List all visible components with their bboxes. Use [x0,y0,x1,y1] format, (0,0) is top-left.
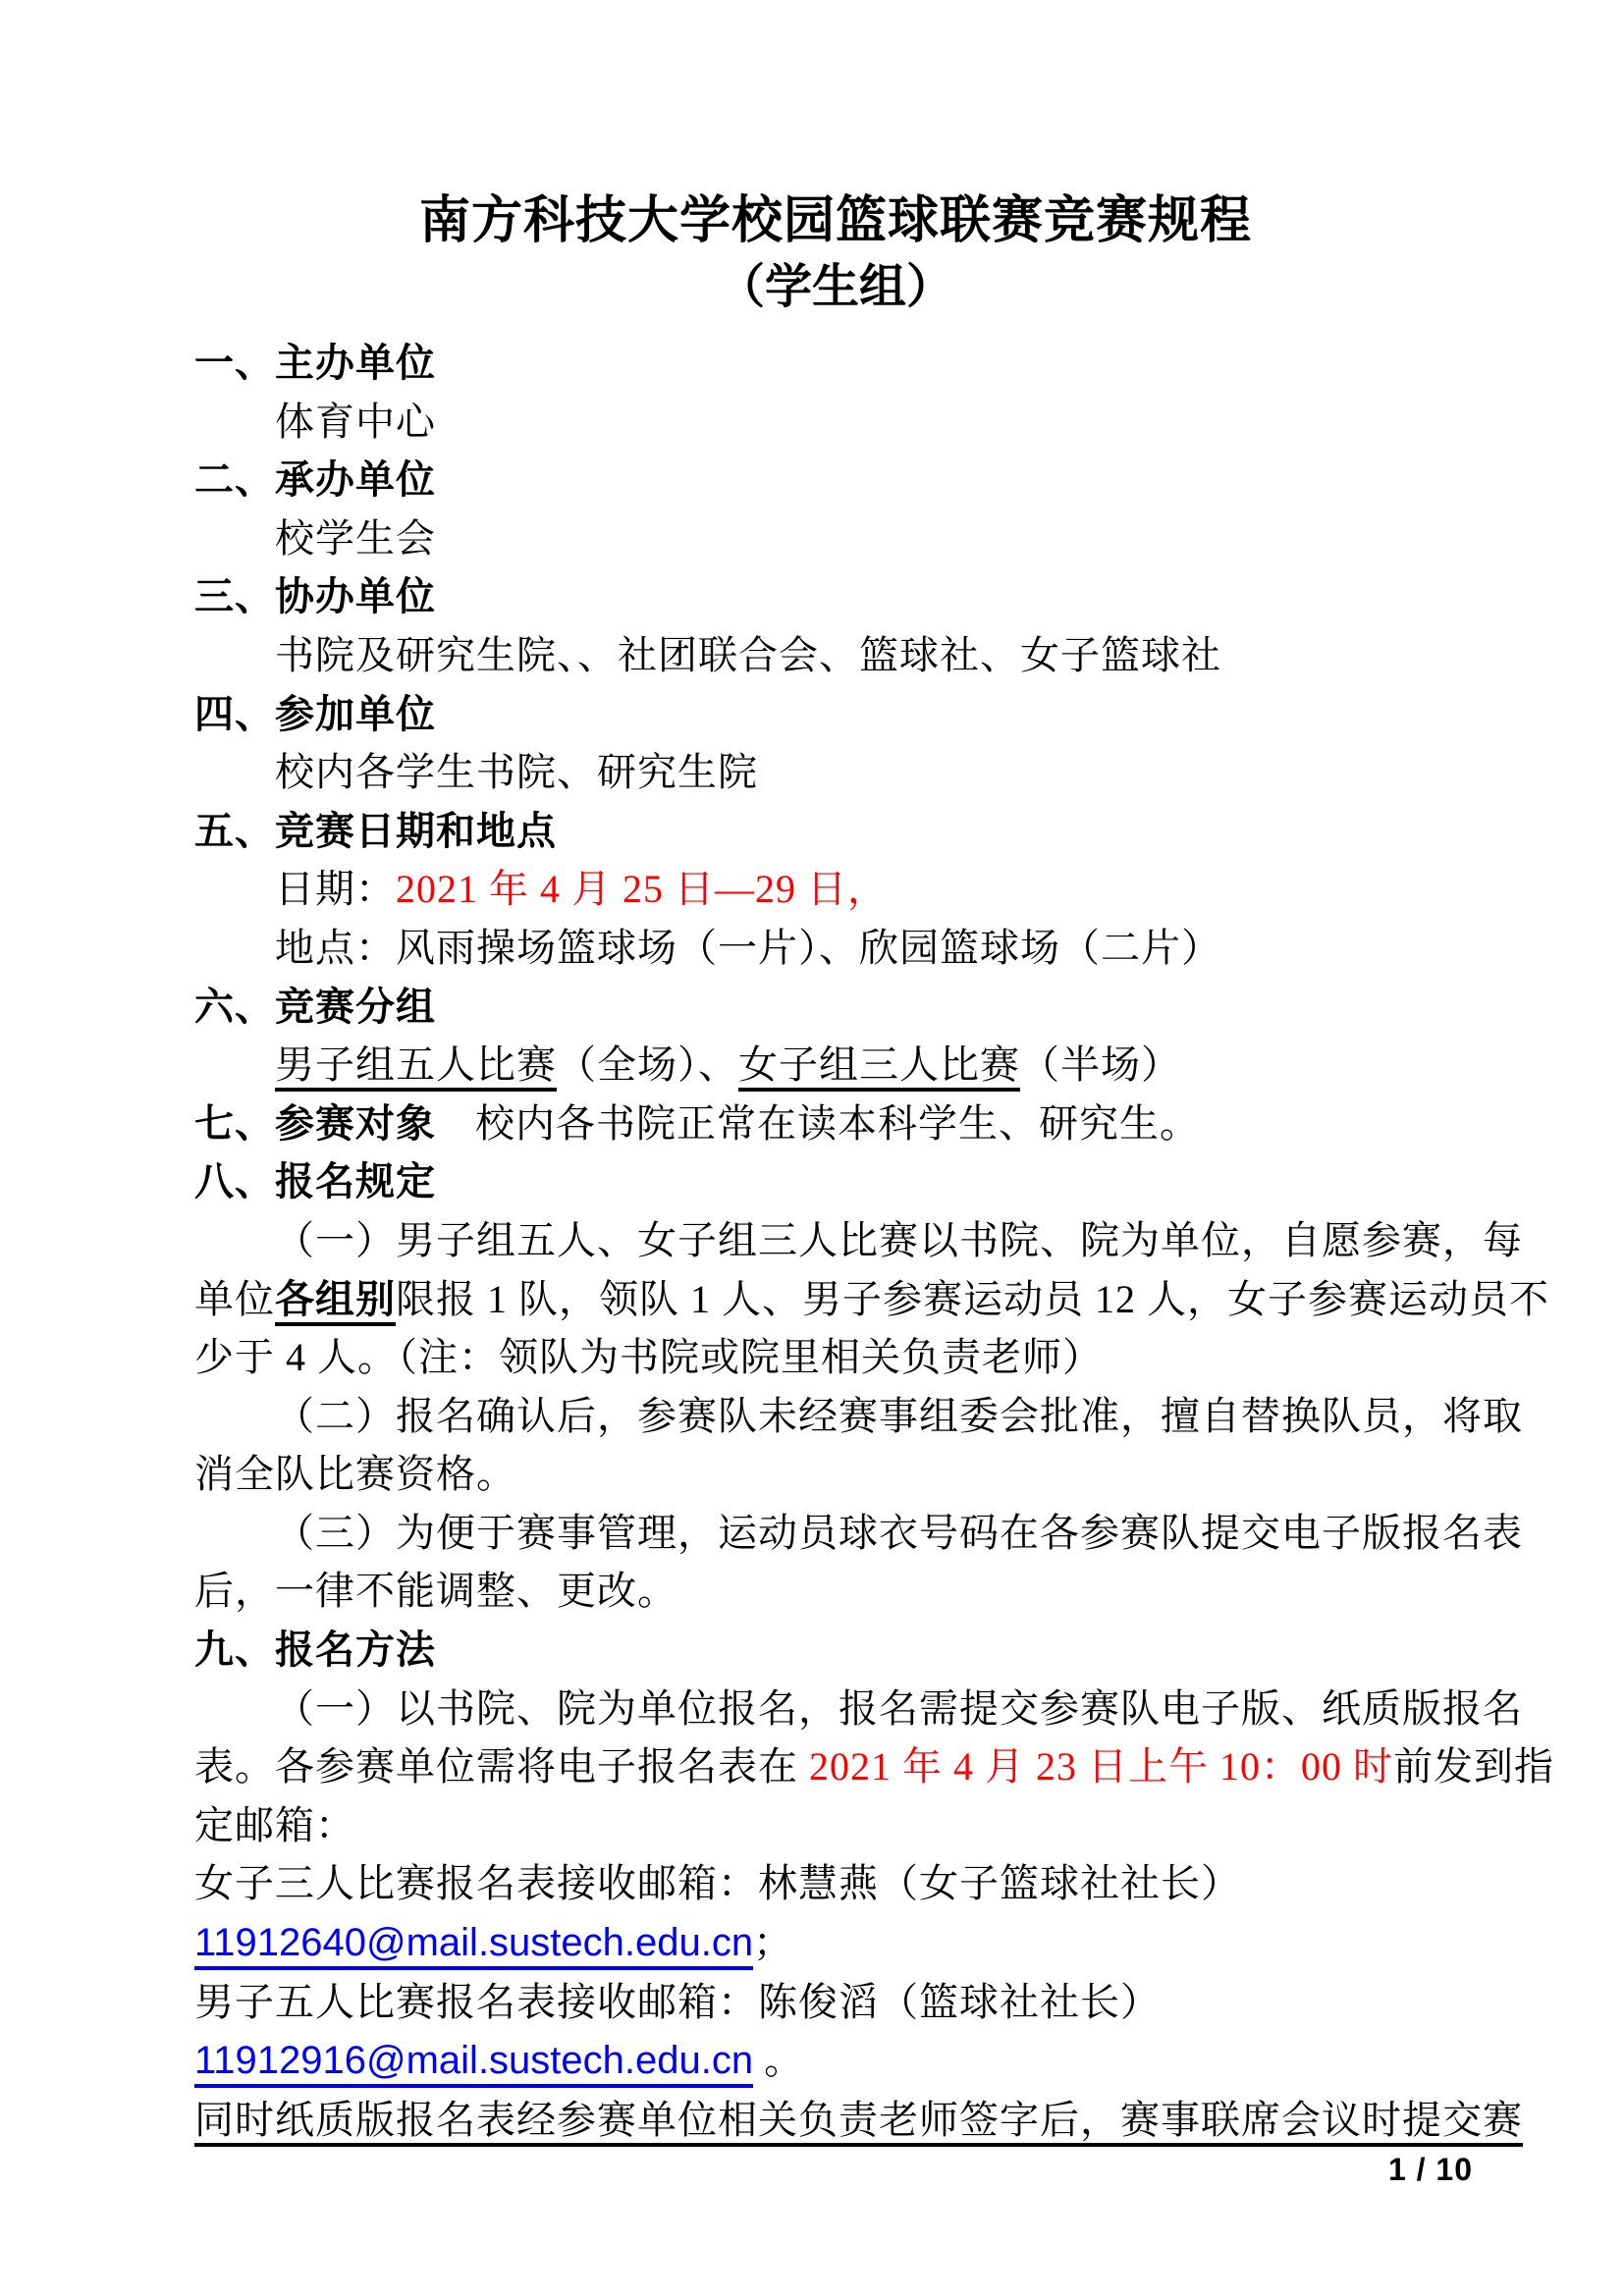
body-line-reg-rule2b: 消全队比赛资格。 [194,1445,1477,1504]
group-men-note: （全场）、 [557,1042,738,1087]
body-line-women-contact: 女子三人比赛报名表接收邮箱：林慧燕（女子篮球社社长） [194,1854,1477,1913]
body-line-coorganizers: 书院及研究生院、、社团联合会、篮球社、女子篮球社 [194,626,1477,685]
body-line-organizer: 体育中心 [194,393,1477,452]
body-line-method1a: （一）以书院、院为单位报名，报名需提交参赛队电子版、纸质版报名 [194,1680,1477,1738]
section-heading-7: 七、参赛对象 [194,1101,436,1146]
body-line-date: 日期：2021 年 4 月 25 日—29 日， [194,860,1477,919]
document-page: 南方科技大学校园篮球联赛竞赛规程 （学生组） 一、主办单位 体育中心 二、承办单… [0,0,1624,2296]
email-link-men[interactable]: 11912916@mail.sustech.edu.cn [194,2039,753,2088]
date-label: 日期： [275,867,396,911]
deadline-post: 前发到指 [1393,1744,1554,1789]
group-women-underlined: 女子组三人比赛 [738,1042,1020,1092]
rule1b-post: 限报 1 队，领队 1 人、男子参赛运动员 12 人，女子参赛运动员不 [396,1277,1549,1321]
body-line-location: 地点：风雨操场篮球场（一片）、欣园篮球场（二片） [194,919,1477,978]
body-line-participants: 七、参赛对象校内各书院正常在读本科学生、研究生。 [194,1095,1477,1153]
section-heading-6: 六、竞赛分组 [194,978,1477,1037]
rule1b-emphasis: 各组别 [275,1277,396,1326]
body-line-reg-rule1c: 少于 4 人。（注：领队为书院或院里相关负责老师） [194,1328,1477,1387]
rule1b-pre: 单位 [194,1277,275,1321]
body-line-men-contact: 男子五人比赛报名表接收邮箱：陈俊滔（篮球社社长） [194,1973,1477,2032]
body-line-reg-rule1b: 单位各组别限报 1 队，领队 1 人、男子参赛运动员 12 人，女子参赛运动员不 [194,1270,1477,1329]
doc-title: 南方科技大学校园篮球联赛竞赛规程 [194,188,1477,255]
group-men-underlined: 男子组五人比赛 [275,1042,557,1092]
paper-form-underlined: 同时纸质版报名表经参赛单位相关负责老师签字后，赛事联席会议时提交赛 [194,2098,1523,2147]
women-email-suffix: ； [753,1920,793,1964]
body-line-undertaker: 校学生会 [194,509,1477,568]
doc-subtitle: （学生组） [194,255,1477,320]
section-heading-2: 二、承办单位 [194,451,1477,509]
body-line-reg-rule3b: 后，一律不能调整、更改。 [194,1562,1477,1621]
body-line-reg-rule2a: （二）报名确认后，参赛队未经赛事组委会批准，擅自替换队员，将取 [194,1387,1477,1446]
section-heading-8: 八、报名规定 [194,1152,1477,1211]
deadline-pre: 表。各参赛单位需将电子报名表在 [194,1744,809,1789]
section-heading-3: 三、协办单位 [194,567,1477,626]
body-line-method1c: 定邮箱： [194,1796,1477,1855]
body-line-groups: 男子组五人比赛（全场）、女子组三人比赛（半场） [194,1036,1477,1095]
body-line-paper-form: 同时纸质版报名表经参赛单位相关负责老师签字后，赛事联席会议时提交赛 [194,2091,1477,2150]
body-line-men-email: 11912916@mail.sustech.edu.cn 。 [194,2031,1477,2091]
section-heading-5: 五、竞赛日期和地点 [194,802,1477,861]
body-line-participating-units: 校内各学生书院、研究生院 [194,743,1477,802]
date-highlight: 2021 年 4 月 25 日—29 日， [396,867,888,911]
section-heading-9: 九、报名方法 [194,1621,1477,1680]
page-number: 1 / 10 [1388,2152,1473,2188]
document-body: 南方科技大学校园篮球联赛竞赛规程 （学生组） 一、主办单位 体育中心 二、承办单… [194,188,1477,2149]
body-line-method1b: 表。各参赛单位需将电子报名表在 2021 年 4 月 23 日上午 10：00 … [194,1737,1477,1796]
email-link-women[interactable]: 11912640@mail.sustech.edu.cn [194,1921,753,1970]
section-heading-1: 一、主办单位 [194,334,1477,393]
section-heading-4: 四、参加单位 [194,685,1477,744]
body-line-women-email: 11912640@mail.sustech.edu.cn； [194,1913,1477,1973]
participants-text: 校内各书院正常在读本科学生、研究生。 [475,1101,1200,1146]
men-email-suffix: 。 [753,2038,804,2082]
deadline-highlight: 2021 年 4 月 23 日上午 10：00 时 [809,1744,1393,1789]
group-women-note: （半场） [1020,1042,1181,1087]
body-line-reg-rule1a: （一）男子组五人、女子组三人比赛以书院、院为单位，自愿参赛，每 [194,1211,1477,1270]
body-line-reg-rule3a: （三）为便于赛事管理，运动员球衣号码在各参赛队提交电子版报名表 [194,1504,1477,1563]
